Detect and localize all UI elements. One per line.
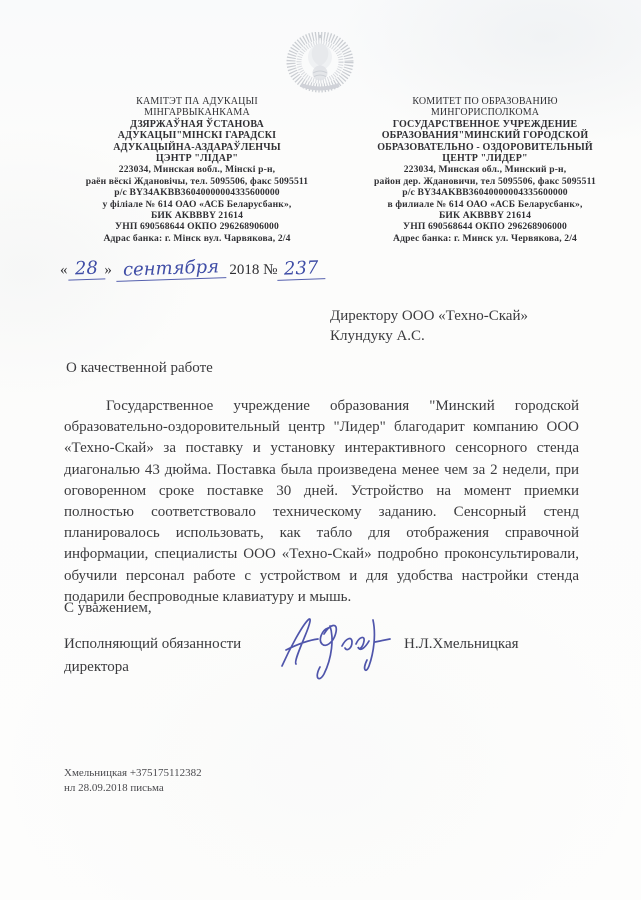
date-number-line: «28» сентября 2018 №237 bbox=[60, 258, 326, 280]
org-header-line: район дер. Ждановичи, тел 5095506, факс … bbox=[344, 176, 626, 187]
signer-name: Н.Л.Хмельницкая bbox=[404, 636, 519, 653]
signer-position-line: Исполняющий обязанности bbox=[64, 633, 241, 656]
org-header-russian: КОМИТЕТ ПО ОБРАЗОВАНИЮ МИНГОРИСПОЛКОМА Г… bbox=[344, 96, 626, 244]
org-header-line: в филиале № 614 ОАО «АСБ Беларусбанк», bbox=[344, 199, 626, 210]
org-header-line: УНП 690568644 ОКПО 296268906000 bbox=[52, 221, 342, 232]
footer-note: нл 28.09.2018 письма bbox=[64, 781, 202, 796]
addressee-block: Директору ООО «Техно-Скай» Клундуку А.С. bbox=[330, 306, 528, 346]
subject-line: О качественной работе bbox=[66, 360, 213, 377]
addressee-line: Клундуку А.С. bbox=[330, 326, 528, 346]
letter-body: Государственное учреждение образования "… bbox=[64, 396, 579, 608]
org-header-line: МИНГОРИСПОЛКОМА bbox=[344, 107, 626, 118]
closing-line: С уважением, bbox=[64, 600, 152, 617]
scanned-letter-page: КАМІТЭТ ПА АДУКАЦЫІ МІНГАРВЫКАНКАМА ДЗЯР… bbox=[0, 0, 641, 900]
org-header-line: у філіале № 614 ОАО «АСБ Беларусбанк», bbox=[52, 199, 342, 210]
org-header-line: БИК AKBBBY 21614 bbox=[52, 210, 342, 221]
org-header-line: 223034, Минская обл., Минский р-н, bbox=[344, 164, 626, 175]
org-header-line: ОБРАЗОВАТЕЛЬНО - ОЗДОРОВИТЕЛЬНЫЙ bbox=[344, 142, 626, 153]
signer-position-line: директора bbox=[64, 656, 241, 679]
handwritten-doc-number: 237 bbox=[277, 257, 326, 281]
org-header-line: КОМИТЕТ ПО ОБРАЗОВАНИЮ bbox=[344, 96, 626, 107]
footer-reference: Хмельницкая +375175112382 нл 28.09.2018 … bbox=[64, 766, 202, 796]
org-header-line: ЦЭНТР "ЛІДАР" bbox=[52, 153, 342, 164]
org-header-line: р/с BY34AKBB36040000004335600000 bbox=[52, 187, 342, 198]
org-header-belarusian: КАМІТЭТ ПА АДУКАЦЫІ МІНГАРВЫКАНКАМА ДЗЯР… bbox=[52, 96, 342, 244]
org-header-line: Адрас банка: г. Мінск вул. Чарвякова, 2/… bbox=[52, 233, 342, 244]
close-quote: » bbox=[104, 262, 112, 278]
handwritten-month: сентября bbox=[115, 256, 226, 282]
org-header-line: МІНГАРВЫКАНКАМА bbox=[52, 107, 342, 118]
org-header-line: УНП 690568644 ОКПО 296268906000 bbox=[344, 221, 626, 232]
org-header-line: БИК AKBBBY 21614 bbox=[344, 210, 626, 221]
org-header-line: ЦЕНТР "ЛИДЕР" bbox=[344, 153, 626, 164]
year-number-label: 2018 № bbox=[229, 262, 277, 278]
org-header-line: раён вёскі Ждановічы, тел. 5095506, факс… bbox=[52, 176, 342, 187]
org-header-line: ОБРАЗОВАНИЯ"МИНСКИЙ ГОРОДСКОЙ bbox=[344, 130, 626, 141]
org-header-line: 223034, Минская вобл., Мінскі р-н, bbox=[52, 164, 342, 175]
org-header-line: КАМІТЭТ ПА АДУКАЦЫІ bbox=[52, 96, 342, 107]
org-header-line: р/с BY34AKBB36040000004335600000 bbox=[344, 187, 626, 198]
open-quote: « bbox=[60, 262, 68, 278]
org-header-line: ГОСУДАРСТВЕННОЕ УЧРЕЖДЕНИЕ bbox=[344, 119, 626, 130]
org-header-line: АДУКАЦЫЙНА-АЗДАРАЎЛЕНЧЫ bbox=[52, 142, 342, 153]
state-emblem-icon bbox=[286, 32, 354, 96]
addressee-line: Директору ООО «Техно-Скай» bbox=[330, 306, 528, 326]
footer-contact: Хмельницкая +375175112382 bbox=[64, 766, 202, 781]
handwritten-signature bbox=[272, 604, 394, 686]
handwritten-day: 28 bbox=[67, 257, 105, 280]
org-header-line: Адрес банка: г. Минск ул. Червякова, 2/4 bbox=[344, 233, 626, 244]
org-header-line: ДЗЯРЖАЎНАЯ ЎСТАНОВА bbox=[52, 119, 342, 130]
signer-position: Исполняющий обязанности директора bbox=[64, 633, 241, 679]
org-header-line: АДУКАЦЫІ"МІНСКІ ГАРАДСКІ bbox=[52, 130, 342, 141]
